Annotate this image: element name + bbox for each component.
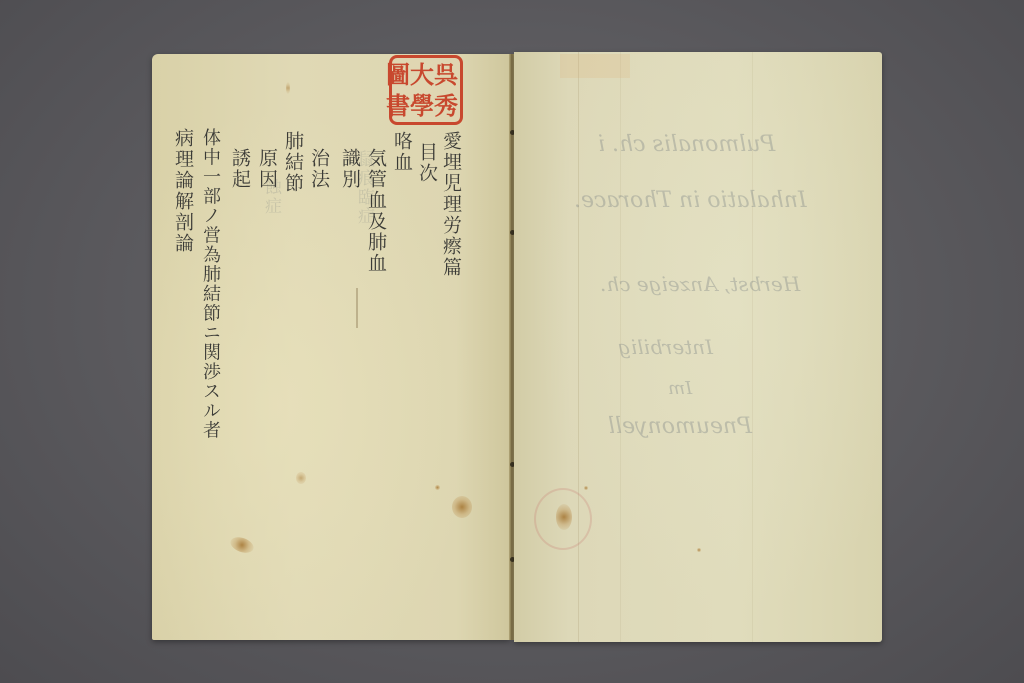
library-seal: 呉 大 圖 秀 學 書	[389, 55, 463, 125]
toc-entry: 体中一部ノ営為肺結節ニ関渉スル者	[201, 128, 219, 440]
bleed-through-text: Pneumonyell	[608, 414, 752, 439]
bleed-through-text: Inhalatio in Thorace.	[574, 188, 807, 213]
ink-mark	[286, 82, 290, 94]
toc-heading: 目次	[417, 142, 436, 184]
paper-discoloration	[560, 54, 630, 78]
toc-entry: 肺結節	[283, 131, 302, 194]
book-title: 愛埋児理労瘵篇	[441, 131, 460, 278]
toc-entry: 病理論解剖論	[173, 128, 192, 254]
toc-entry: 誘起	[230, 148, 249, 190]
open-book: 鼠痕臨症 蝕症 呉 大 圖 秀 學 書 愛埋児理労瘵篇 目次 咯血 気管血及肺血…	[0, 0, 1024, 683]
toc-entry: 識別	[340, 148, 359, 190]
seal-character: 呉	[434, 60, 458, 91]
foxing-stain	[556, 504, 572, 530]
toc-entry: 気管血及肺血	[366, 148, 385, 274]
seal-character: 學	[410, 91, 434, 122]
foxing-stain	[697, 548, 701, 552]
toc-entry: 治法	[309, 148, 328, 190]
seal-character: 大	[410, 60, 434, 91]
foxing-stain	[584, 486, 588, 490]
foxing-stain	[435, 485, 440, 490]
seal-character: 秀	[434, 91, 458, 122]
paper-crease	[356, 288, 358, 328]
toc-entry: 咯血	[392, 131, 411, 173]
bleed-through-text: Im	[668, 378, 692, 399]
toc-entry: 原因	[257, 148, 276, 190]
bleed-through-text: Herbst, Anzeige ch.	[600, 272, 800, 296]
bleed-through-text: Pulmonalis ch. i	[598, 132, 775, 157]
bleed-through-text: Interbilig	[618, 335, 713, 359]
paper-fold-line	[578, 52, 579, 642]
foxing-stain	[296, 472, 306, 484]
foxing-stain	[452, 496, 472, 518]
seal-character: 書	[386, 91, 410, 122]
seal-character: 圖	[386, 60, 410, 91]
